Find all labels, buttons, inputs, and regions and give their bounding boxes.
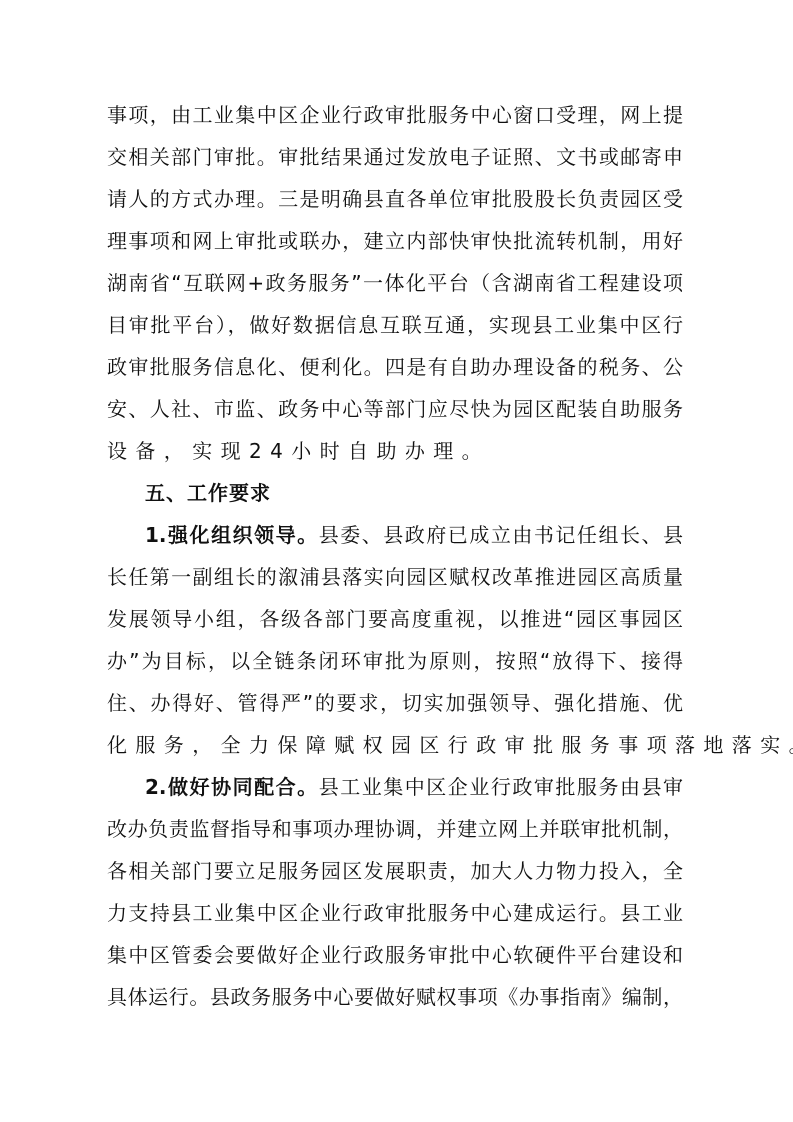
paragraph-line: 改办负责监督指导和事项办理协调，并建立网上并联审批机制， [107, 814, 683, 844]
paragraph-line: 政审批服务信息化、便利化。四是有自助办理设备的税务、公 [107, 352, 683, 382]
paragraph-line: 安、人社、市监、政务中心等部门应尽快为园区配装自助服务 [107, 394, 683, 424]
item2-first-line-rest: 县工业集中区企业行政审批服务由县审 [319, 775, 683, 799]
paragraph-line: 长任第一副组长的溆浦县落实向园区赋权改革推进园区高质量 [107, 562, 683, 592]
item2-title: 2.做好协同配合。 [145, 775, 319, 799]
paragraph-line: 具体运行。县政务服务中心要做好赋权事项《办事指南》编制， [107, 982, 683, 1012]
item1-title: 1.强化组织领导。 [145, 523, 319, 547]
paragraph-line: 请人的方式办理。三是明确县直各单位审批股股长负责园区受 [107, 184, 683, 214]
paragraph-line: 办”为目标，以全链条闭环审批为原则，按照“放得下、接得 [107, 646, 683, 676]
paragraph-line: 设备，实现24小时自助办理。 [107, 436, 683, 466]
paragraph-line: 力支持县工业集中区企业行政审批服务中心建成运行。县工业 [107, 898, 683, 928]
paragraph-line: 集中区管委会要做好企业行政服务审批中心软硬件平台建设和 [107, 940, 683, 970]
paragraph-line: 发展领导小组，各级各部门要高度重视，以推进“园区事园区 [107, 604, 683, 634]
paragraph-line: 目审批平台），做好数据信息互联互通，实现县工业集中区行 [107, 310, 683, 340]
paragraph-line: 各相关部门要立足服务园区发展职责，加大人力物力投入，全 [107, 856, 683, 886]
item1-first-line: 1.强化组织领导。县委、县政府已成立由书记任组长、县 [145, 520, 683, 550]
item2-first-line: 2.做好协同配合。县工业集中区企业行政审批服务由县审 [145, 772, 683, 802]
paragraph-line: 化服务，全力保障赋权园区行政审批服务事项落地落实。 [107, 730, 683, 760]
item1-first-line-rest: 县委、县政府已成立由书记任组长、县 [319, 523, 683, 547]
paragraph-line: 交相关部门审批。审批结果通过发放电子证照、文书或邮寄申 [107, 142, 683, 172]
paragraph-line: 住、办得好、管得严”的要求，切实加强领导、强化措施、优 [107, 688, 683, 718]
paragraph-line: 事项，由工业集中区企业行政审批服务中心窗口受理，网上提 [107, 100, 683, 130]
paragraph-line: 湖南省“互联网+政务服务”一体化平台（含湖南省工程建设项 [107, 268, 683, 298]
document-page: 事项，由工业集中区企业行政审批服务中心窗口受理，网上提 交相关部门审批。审批结果… [0, 0, 793, 1122]
paragraph-line: 理事项和网上审批或联办，建立内部快审快批流转机制，用好 [107, 226, 683, 256]
section-heading: 五、工作要求 [145, 478, 271, 508]
